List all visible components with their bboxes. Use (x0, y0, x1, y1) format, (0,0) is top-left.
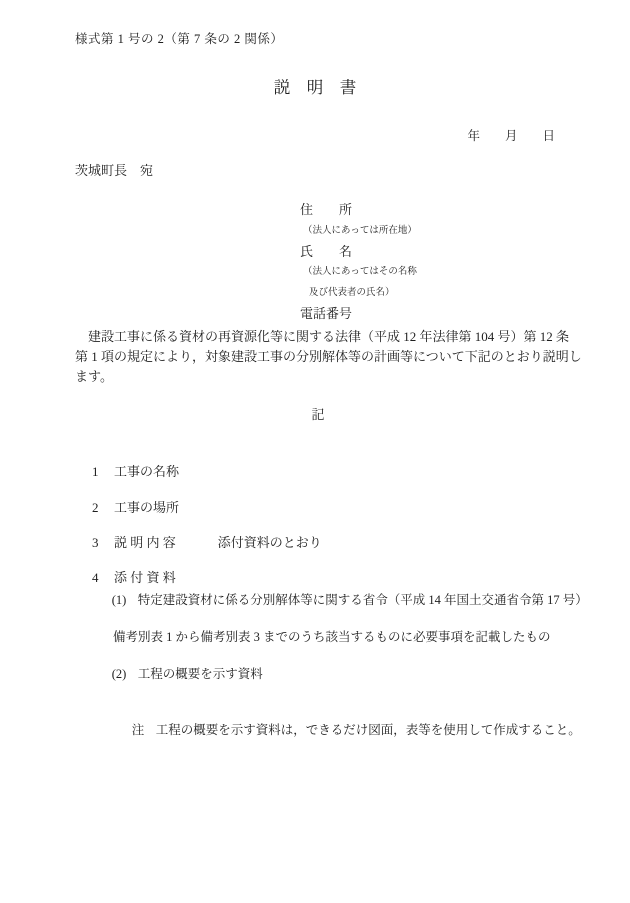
name-label: 氏 名 (300, 242, 417, 263)
attachments-block: (1)特定建設資材に係る分別解体等に関する省令（平成 14 年国土交通省令第 1… (93, 572, 588, 758)
attachment-row-1-continuation: 備考別表 1 から備考別表 3 までのうち該当するものに必要事項を記載したもの (93, 628, 588, 647)
note-text: 工程の概要を示す資料は，できるだけ図面，表等を使用して作成すること。 (156, 723, 581, 737)
item-number: 2 (92, 500, 114, 516)
record-mark: 記 (75, 404, 561, 423)
attachment-text: 工程の概要を示す資料 (138, 667, 263, 681)
phone-label: 電話番号 (300, 304, 417, 325)
date-line: 年 月 日 (467, 126, 555, 144)
note-label: 注 (132, 721, 156, 740)
attachment-row-1: (1)特定建設資材に係る分別解体等に関する省令（平成 14 年国土交通省令第 1… (93, 572, 588, 628)
item-number: 1 (92, 464, 114, 480)
paragraph-line-1: 建設工事に係る資材の再資源化等に関する法律（平成 12 年法律第 104 号）第… (75, 327, 561, 347)
item-label: 工事の名称 (114, 464, 179, 479)
address-note: （法人にあっては所在地） (300, 221, 417, 242)
applicant-block: 住 所 （法人にあっては所在地） 氏 名 （法人にあってはその名称 及び代表者の… (300, 200, 417, 325)
paragraph-line-3: ます。 (75, 367, 561, 387)
attachment-number: (2) (112, 665, 138, 684)
item-label: 工事の場所 (114, 500, 179, 515)
item-label: 説 明 内 容 (114, 535, 176, 550)
attachment-text: 特定建設資材に係る分別解体等に関する省令（平成 14 年国土交通省令第 17 号… (138, 593, 588, 607)
document-title: 説 明 書 (0, 74, 630, 98)
name-note-1: （法人にあってはその名称 (300, 262, 417, 283)
document-page: 様式第 1 号の 2（第 7 条の 2 関係） 説 明 書 年 月 日 茨城町長… (0, 0, 630, 903)
item-number: 3 (92, 535, 114, 551)
paragraph-line-2: 第 1 項の規定により，対象建設工事の分別解体等の計画等について下記のとおり説明… (75, 347, 561, 367)
attachment-number: (1) (112, 591, 138, 610)
addressee: 茨城町長 宛 (75, 160, 153, 179)
attachment-row-2: (2)工程の概要を示す資料 (93, 646, 588, 702)
note-row: 注工程の概要を示す資料は，できるだけ図面，表等を使用して作成すること。 (93, 702, 588, 758)
body-paragraph: 建設工事に係る資材の再資源化等に関する法律（平成 12 年法律第 104 号）第… (75, 327, 561, 387)
item-value: 添付資料のとおり (218, 535, 322, 550)
form-number: 様式第 1 号の 2（第 7 条の 2 関係） (75, 29, 283, 47)
name-note-2: 及び代表者の氏名） (300, 283, 417, 304)
address-label: 住 所 (300, 200, 417, 221)
